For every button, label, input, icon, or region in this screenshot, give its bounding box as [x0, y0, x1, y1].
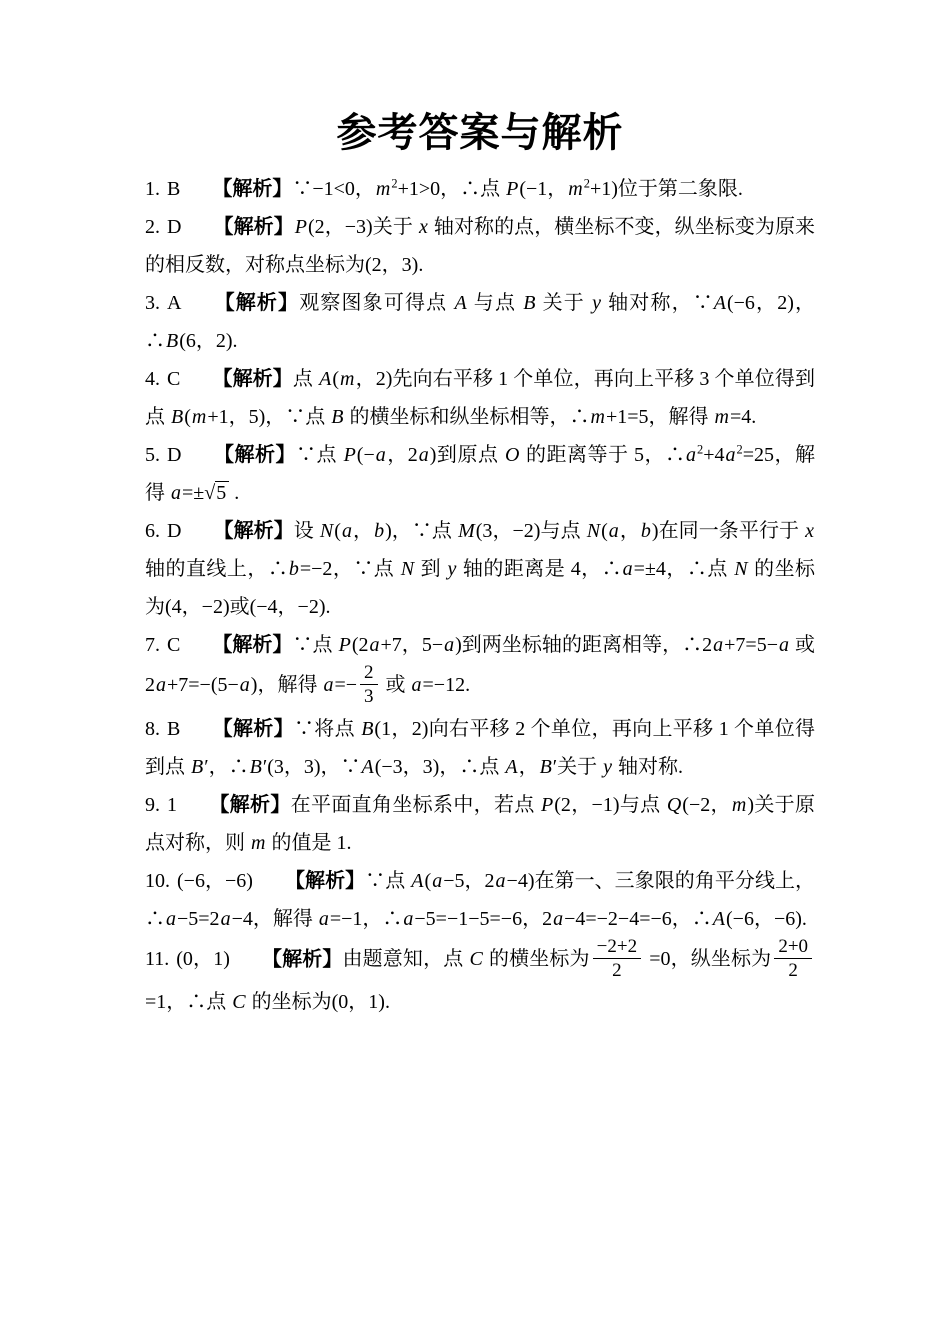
superscript: 2	[584, 176, 590, 190]
math-variable: a	[411, 674, 423, 696]
math-variable: A	[712, 908, 726, 930]
math-variable: a	[341, 520, 353, 542]
math-variable: a	[431, 870, 443, 892]
math-variable: B	[165, 330, 179, 352]
fraction-denominator: 2	[593, 959, 641, 981]
item-answer: C	[167, 634, 180, 656]
fraction: −2+22	[593, 936, 641, 982]
math-variable: A	[410, 870, 424, 892]
math-variable: Q	[666, 794, 682, 816]
math-variable: m	[731, 794, 747, 816]
math-variable: b	[373, 520, 385, 542]
math-variable: a	[778, 634, 790, 656]
math-variable: P	[338, 634, 352, 656]
explanation-text: 由题意知，点 C 的横坐标为−2+22 =0，纵坐标为2+02 =1，∴点 C …	[145, 948, 815, 1013]
answer-item: 10.(−6，−6)【解析】∵点 A(a−5，2a−4)在第一、三象限的角平分线…	[145, 862, 815, 938]
fraction-denominator: 3	[360, 685, 378, 707]
radicand: 5	[215, 481, 229, 504]
math-variable: P	[294, 216, 308, 238]
math-variable: B	[539, 756, 553, 778]
math-variable: a	[220, 908, 232, 930]
analysis-label: 【解析】	[212, 368, 293, 390]
math-variable: O	[504, 444, 520, 466]
math-variable: x	[804, 520, 815, 542]
answer-item: 7.C【解析】∵点 P(2a+7，5−a)到两坐标轴的距离相等，∴2a+7=5−…	[145, 626, 815, 710]
math-variable: N	[319, 520, 334, 542]
math-variable: y	[602, 756, 613, 778]
fraction-numerator: 2+0	[774, 936, 812, 959]
fraction: 23	[360, 662, 378, 708]
superscript: 2	[697, 442, 703, 456]
math-variable: B	[249, 756, 263, 778]
item-number: 4.	[145, 368, 160, 390]
analysis-label: 【解析】	[213, 216, 293, 238]
math-variable: a	[368, 634, 380, 656]
item-answer: (0，1)	[176, 948, 230, 970]
item-answer: B	[167, 178, 180, 200]
item-number: 7.	[145, 634, 160, 656]
math-variable: a	[165, 908, 177, 930]
math-variable: C	[231, 991, 246, 1013]
math-variable: a	[622, 558, 634, 580]
analysis-label: 【解析】	[212, 178, 292, 200]
math-variable: A	[318, 368, 332, 390]
fraction: 2+02	[774, 936, 812, 982]
answer-item: 6.D【解析】设 N(a，b)，∵点 M(3，−2)与点 N(a，b)在同一条平…	[145, 512, 815, 626]
item-answer: D	[167, 216, 181, 238]
item-answer: C	[167, 368, 180, 390]
math-variable: m	[250, 832, 266, 854]
answer-item: 11.(0，1)【解析】由题意知，点 C 的横坐标为−2+22 =0，纵坐标为2…	[145, 938, 815, 1022]
answer-list: 1.B【解析】∵−1<0，m2+1>0，∴点 P(−1，m2+1)位于第二象限.…	[145, 170, 815, 1021]
math-variable: a	[318, 908, 330, 930]
math-variable: y	[591, 292, 602, 314]
square-root: √5	[204, 481, 229, 504]
document-page: 参考答案与解析 1.B【解析】∵−1<0，m2+1>0，∴点 P(−1，m2+1…	[0, 0, 950, 1344]
math-variable: x	[418, 216, 429, 238]
answer-item: 3.A【解析】观察图象可得点 A 与点 B 关于 y 轴对称，∵A(−6，2)，…	[145, 284, 815, 360]
answer-item: 1.B【解析】∵−1<0，m2+1>0，∴点 P(−1，m2+1)位于第二象限.	[145, 170, 815, 208]
math-variable: N	[733, 558, 748, 580]
math-variable: A	[361, 756, 375, 778]
math-variable: P	[343, 444, 357, 466]
math-variable: a	[443, 634, 455, 656]
math-variable: m	[191, 406, 207, 428]
analysis-label: 【解析】	[213, 520, 293, 542]
math-variable: m	[567, 178, 583, 200]
math-variable: a	[402, 908, 414, 930]
item-number: 3.	[145, 292, 160, 314]
math-variable: B	[522, 292, 536, 314]
explanation-text: ∵−1<0，m2+1>0，∴点 P(−1，m2+1)位于第二象限.	[292, 178, 743, 200]
fraction-denominator: 2	[774, 959, 812, 981]
math-variable: a	[712, 634, 724, 656]
item-answer: D	[167, 520, 181, 542]
answer-item: 8.B【解析】∵将点 B(1，2)向右平移 2 个单位，再向上平移 1 个单位得…	[145, 710, 815, 786]
math-variable: a	[552, 908, 564, 930]
analysis-label: 【解析】	[212, 634, 292, 656]
math-variable: a	[608, 520, 620, 542]
item-answer: D	[167, 444, 181, 466]
math-variable: a	[239, 674, 251, 696]
math-variable: m	[714, 406, 730, 428]
analysis-label: 【解析】	[213, 292, 299, 314]
math-variable: A	[453, 292, 467, 314]
radical-sign: √	[204, 482, 215, 504]
item-answer: A	[167, 292, 181, 314]
item-number: 8.	[145, 718, 160, 740]
math-variable: b	[288, 558, 300, 580]
analysis-label: 【解析】	[212, 718, 294, 740]
superscript: 2	[737, 442, 743, 456]
math-variable: a	[322, 674, 334, 696]
math-variable: m	[375, 178, 391, 200]
math-variable: a	[725, 444, 737, 466]
math-variable: a	[685, 444, 697, 466]
item-answer: (−6，−6)	[177, 870, 253, 892]
item-number: 9.	[145, 794, 160, 816]
math-variable: B	[330, 406, 344, 428]
analysis-label: 【解析】	[213, 444, 296, 466]
item-number: 11.	[145, 948, 169, 970]
math-variable: A	[504, 756, 518, 778]
answer-item: 4.C【解析】点 A(m，2)先向右平移 1 个单位，再向上平移 3 个单位得到…	[145, 360, 815, 436]
math-variable: a	[170, 482, 182, 504]
fraction-numerator: 2	[360, 662, 378, 685]
item-number: 5.	[145, 444, 160, 466]
math-variable: B	[170, 406, 184, 428]
math-variable: P	[505, 178, 519, 200]
answer-item: 2.D【解析】P(2，−3)关于 x 轴对称的点，横坐标不变，纵坐标变为原来的相…	[145, 208, 815, 284]
math-variable: A	[713, 292, 727, 314]
analysis-label: 【解析】	[285, 870, 365, 892]
math-variable: N	[400, 558, 415, 580]
answer-item: 5.D【解析】∵点 P(−a，2a)到原点 O 的距离等于 5，∴a2+4a2=…	[145, 436, 815, 512]
answer-item: 9.1【解析】在平面直角坐标系中，若点 P(2，−1)与点 Q(−2，m)关于原…	[145, 786, 815, 862]
math-variable: a	[495, 870, 507, 892]
analysis-label: 【解析】	[209, 794, 291, 816]
item-number: 6.	[145, 520, 160, 542]
math-variable: B	[360, 718, 374, 740]
math-variable: a	[375, 444, 387, 466]
math-variable: a	[155, 674, 167, 696]
math-variable: b	[640, 520, 652, 542]
math-variable: C	[468, 948, 483, 970]
math-variable: M	[457, 520, 476, 542]
math-variable: N	[586, 520, 601, 542]
math-variable: a	[418, 444, 430, 466]
analysis-label: 【解析】	[262, 948, 343, 970]
math-variable: P	[540, 794, 554, 816]
page-title: 参考答案与解析	[145, 110, 815, 156]
item-number: 10.	[145, 870, 170, 892]
math-variable: B	[190, 756, 204, 778]
fraction-numerator: −2+2	[593, 936, 641, 959]
item-answer: B	[167, 718, 180, 740]
math-variable: m	[339, 368, 355, 390]
item-number: 1.	[145, 178, 160, 200]
item-number: 2.	[145, 216, 160, 238]
math-variable: m	[590, 406, 606, 428]
superscript: 2	[391, 176, 397, 190]
item-answer: 1	[167, 794, 177, 816]
math-variable: y	[447, 558, 458, 580]
